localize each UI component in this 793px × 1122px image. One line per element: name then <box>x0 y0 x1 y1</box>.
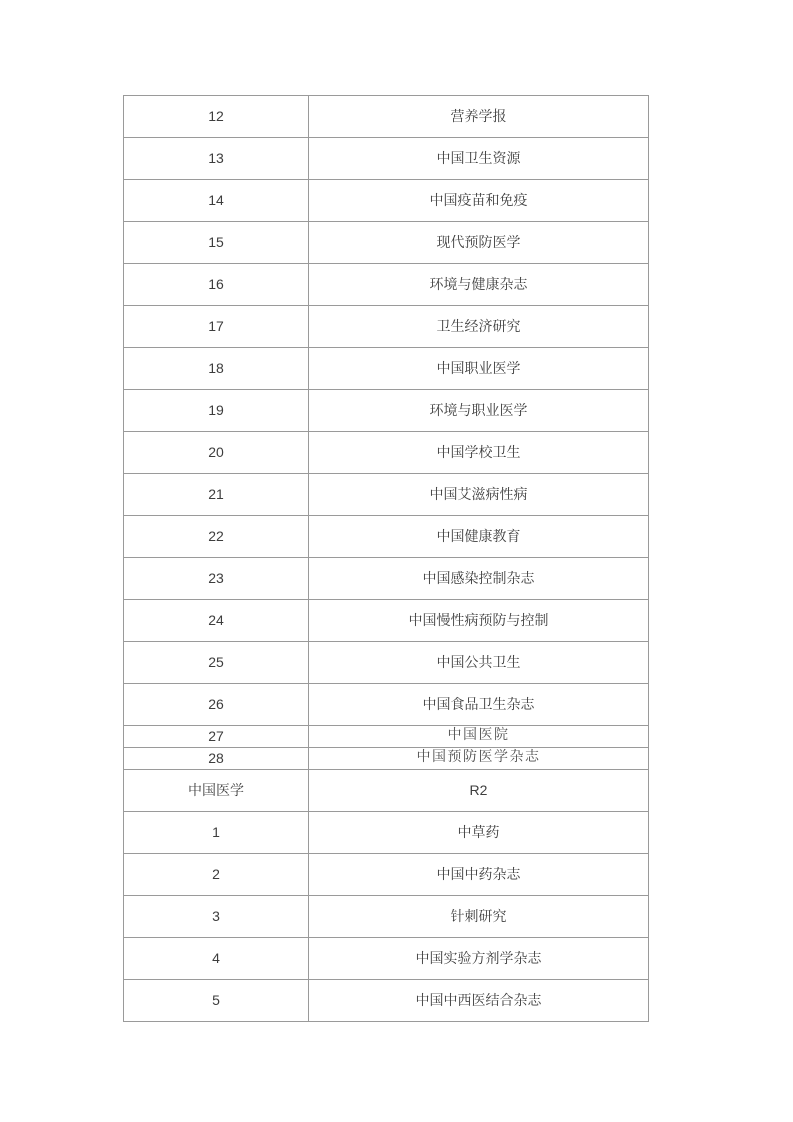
table-row: 4中国实验方剂学杂志 <box>124 938 649 980</box>
table-row: 17卫生经济研究 <box>124 306 649 348</box>
row-number-cell: 25 <box>124 642 309 684</box>
row-number-cell: 17 <box>124 306 309 348</box>
table-row: 12营养学报 <box>124 96 649 138</box>
table-row: 1中草药 <box>124 812 649 854</box>
row-number-cell: 15 <box>124 222 309 264</box>
section-code-cell: R2 <box>309 770 649 812</box>
journal-name-cell: 针刺研究 <box>309 896 649 938</box>
journal-name-cell: 营养学报 <box>309 96 649 138</box>
row-number-cell: 27 <box>124 726 309 748</box>
row-number-cell: 14 <box>124 180 309 222</box>
section-header-row: 中国医学R2 <box>124 770 649 812</box>
journal-name-cell: 环境与职业医学 <box>309 390 649 432</box>
row-number-cell: 18 <box>124 348 309 390</box>
row-number-cell: 4 <box>124 938 309 980</box>
table-row: 18中国职业医学 <box>124 348 649 390</box>
journal-table-body: 12营养学报13中国卫生资源14中国疫苗和免疫15现代预防医学16环境与健康杂志… <box>124 96 649 1022</box>
row-number-cell: 19 <box>124 390 309 432</box>
row-number-cell: 13 <box>124 138 309 180</box>
row-number-cell: 12 <box>124 96 309 138</box>
row-number-cell: 26 <box>124 684 309 726</box>
journal-name-cell: 环境与健康杂志 <box>309 264 649 306</box>
table-row: 20中国学校卫生 <box>124 432 649 474</box>
table-row: 2中国中药杂志 <box>124 854 649 896</box>
journal-name-cell: 中国中西医结合杂志 <box>309 980 649 1022</box>
journal-name-cell: 中国食品卫生杂志 <box>309 684 649 726</box>
section-title-cell: 中国医学 <box>124 770 309 812</box>
journal-name-cell: 中国疫苗和免疫 <box>309 180 649 222</box>
journal-name-cell: 中国医院 <box>309 726 649 748</box>
row-number-cell: 22 <box>124 516 309 558</box>
journal-name-cell: 中国感染控制杂志 <box>309 558 649 600</box>
journal-name-cell: 中国中药杂志 <box>309 854 649 896</box>
table-row: 26中国食品卫生杂志 <box>124 684 649 726</box>
table-row: 24中国慢性病预防与控制 <box>124 600 649 642</box>
journal-table: 12营养学报13中国卫生资源14中国疫苗和免疫15现代预防医学16环境与健康杂志… <box>123 95 649 1022</box>
table-row: 15现代预防医学 <box>124 222 649 264</box>
table-row: 25中国公共卫生 <box>124 642 649 684</box>
table-row: 16环境与健康杂志 <box>124 264 649 306</box>
journal-name-cell: 中国公共卫生 <box>309 642 649 684</box>
document-page: 12营养学报13中国卫生资源14中国疫苗和免疫15现代预防医学16环境与健康杂志… <box>0 0 793 1122</box>
row-number-cell: 24 <box>124 600 309 642</box>
row-number-cell: 21 <box>124 474 309 516</box>
row-number-cell: 1 <box>124 812 309 854</box>
journal-name-cell: 中国健康教育 <box>309 516 649 558</box>
row-number-cell: 2 <box>124 854 309 896</box>
journal-name-cell: 中国慢性病预防与控制 <box>309 600 649 642</box>
table-row: 28中国预防医学杂志 <box>124 748 649 770</box>
row-number-cell: 28 <box>124 748 309 770</box>
row-number-cell: 3 <box>124 896 309 938</box>
journal-name-cell: 中国艾滋病性病 <box>309 474 649 516</box>
table-row: 22中国健康教育 <box>124 516 649 558</box>
journal-name-cell: 中草药 <box>309 812 649 854</box>
table-row: 27中国医院 <box>124 726 649 748</box>
row-number-cell: 23 <box>124 558 309 600</box>
table-row: 13中国卫生资源 <box>124 138 649 180</box>
journal-name-cell: 中国实验方剂学杂志 <box>309 938 649 980</box>
table-row: 3针刺研究 <box>124 896 649 938</box>
row-number-cell: 16 <box>124 264 309 306</box>
table-row: 19环境与职业医学 <box>124 390 649 432</box>
row-number-cell: 5 <box>124 980 309 1022</box>
table-row: 23中国感染控制杂志 <box>124 558 649 600</box>
journal-name-cell: 现代预防医学 <box>309 222 649 264</box>
journal-name-cell: 中国职业医学 <box>309 348 649 390</box>
journal-name-cell: 卫生经济研究 <box>309 306 649 348</box>
journal-name-cell: 中国卫生资源 <box>309 138 649 180</box>
journal-name-cell: 中国学校卫生 <box>309 432 649 474</box>
table-row: 14中国疫苗和免疫 <box>124 180 649 222</box>
row-number-cell: 20 <box>124 432 309 474</box>
journal-name-cell: 中国预防医学杂志 <box>309 748 649 770</box>
table-row: 21中国艾滋病性病 <box>124 474 649 516</box>
table-row: 5中国中西医结合杂志 <box>124 980 649 1022</box>
